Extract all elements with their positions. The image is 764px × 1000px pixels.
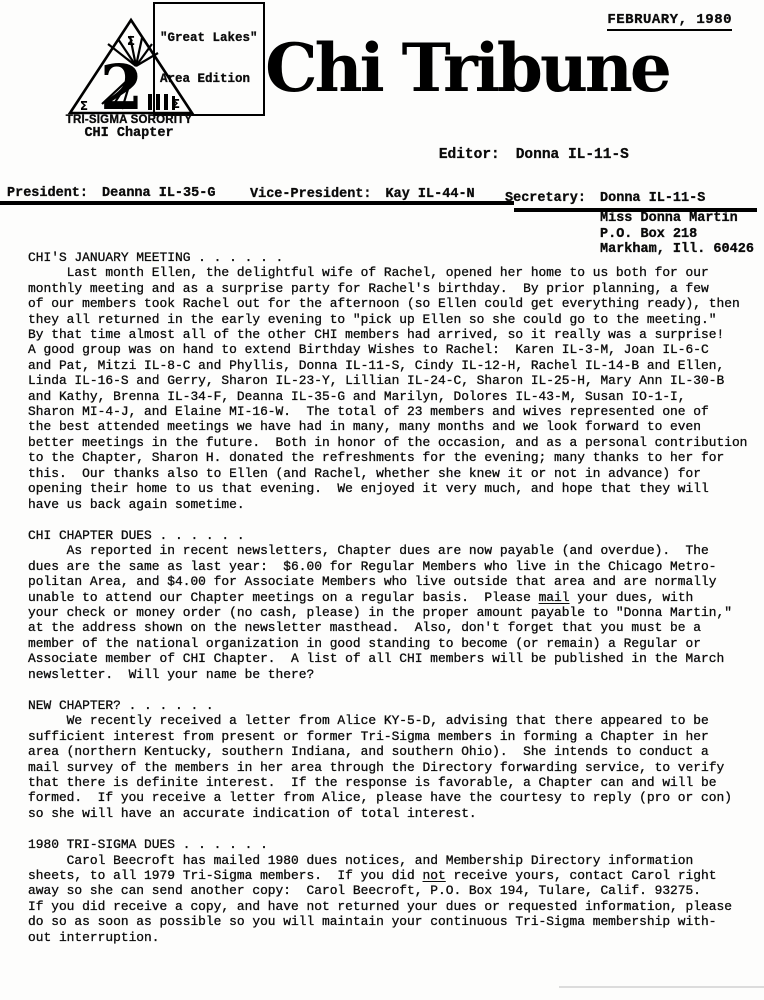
body-line: they all returned in the early evening t… <box>28 312 758 327</box>
body-line: your check or money order (no cash, plea… <box>28 605 758 620</box>
body-line: of our members took Rachel out for the a… <box>28 296 758 311</box>
section-chis-january-meeting: CHI'S JANUARY MEETING . . . . . . Last m… <box>28 250 758 512</box>
section-chi-chapter-dues: CHI CHAPTER DUES . . . . . . As reported… <box>28 528 758 682</box>
newsletter-page: "Great Lakes" Area Edition Σ Σ Σ <box>0 0 764 1000</box>
body-line: A good group was on hand to extend Birth… <box>28 342 758 357</box>
editor-name: Donna IL-11-S <box>516 147 629 163</box>
body-line: Sharon MI-4-J, and Elaine MI-16-W. The t… <box>28 404 758 419</box>
officer-name: Deanna IL-35-G <box>102 186 215 201</box>
body-line: Carol Beecroft has mailed 1980 dues noti… <box>28 853 758 868</box>
body-line: dues are the same as last year: $6.00 fo… <box>28 559 758 574</box>
sigma-left-icon: Σ <box>80 99 88 113</box>
body-line: to the Chapter, Sharon H. donated the re… <box>28 450 758 465</box>
body-line: the best attended meetings we have had i… <box>28 419 758 434</box>
body-line: Associate member of CHI Chapter. A list … <box>28 651 758 666</box>
officer-label: Vice-President: <box>250 187 386 202</box>
scan-artifact <box>559 986 764 988</box>
body-line: do so as soon as possible so you will ma… <box>28 914 758 929</box>
body-line: Last month Ellen, the delightful wife of… <box>28 265 758 280</box>
section-1980-tri-sigma-dues: 1980 TRI-SIGMA DUES . . . . . . Carol Be… <box>28 837 758 945</box>
body-line: have us back again sometime. <box>28 497 758 512</box>
officer-label: President: <box>7 186 102 201</box>
body-line: monthly meeting and as a surprise party … <box>28 281 758 296</box>
editor-line: Editor:Donna IL-11-S <box>404 131 629 179</box>
body-line: formed. If you receive a letter from Ali… <box>28 790 758 805</box>
body-line: politan Area, and $4.00 for Associate Me… <box>28 574 758 589</box>
section-heading: 1980 TRI-SIGMA DUES . . . . . . <box>28 837 758 852</box>
officer-vice-president: Vice-President:Kay IL-44-N <box>250 187 475 202</box>
address-line: P.O. Box 218 <box>600 227 754 243</box>
numeral-2-icon: 2 <box>100 51 143 116</box>
section-heading: CHI'S JANUARY MEETING . . . . . . <box>28 250 758 265</box>
body-line: newsletter. Will your name be there? <box>28 667 758 682</box>
officer-label: Secretary: <box>505 191 600 206</box>
officer-name: Kay IL-44-N <box>386 187 475 202</box>
logo-org-name: TRI-SIGMA SORORITY <box>58 114 200 126</box>
body-line: By that time almost all of the other CHI… <box>28 327 758 342</box>
section-heading: CHI CHAPTER DUES . . . . . . <box>28 528 758 543</box>
masthead-rule-left <box>0 201 514 205</box>
body-line: member of the national organization in g… <box>28 636 758 651</box>
body-line: As reported in recent newsletters, Chapt… <box>28 543 758 558</box>
body-line: so she will have an accurate indication … <box>28 806 758 821</box>
body-line: and Pat, Mitzi IL-8-C and Phyllis, Donna… <box>28 358 758 373</box>
logo-chapter-name: CHI Chapter <box>58 126 200 141</box>
body-line: out interruption. <box>28 930 758 945</box>
newsletter-body: CHI'S JANUARY MEETING . . . . . . Last m… <box>28 250 758 961</box>
body-line: If you did receive a copy, and have not … <box>28 899 758 914</box>
body-line: sufficient interest from present or form… <box>28 729 758 744</box>
editor-label: Editor: <box>439 147 516 163</box>
address-line: Miss Donna Martin <box>600 211 754 227</box>
body-line: at the address shown on the newsletter m… <box>28 620 758 635</box>
section-new-chapter: NEW CHAPTER? . . . . . . We recently rec… <box>28 698 758 821</box>
body-line: We recently received a letter from Alice… <box>28 713 758 728</box>
triangle-logo-icon: Σ Σ Σ 2 <box>60 16 198 116</box>
body-line: away so she can send another copy: Carol… <box>28 883 758 898</box>
body-line: this. Our thanks also to Ellen (and Rach… <box>28 466 758 481</box>
body-line: Linda IL-16-S and Gerry, Sharon IL-23-Y,… <box>28 373 758 388</box>
section-heading: NEW CHAPTER? . . . . . . <box>28 698 758 713</box>
officer-president: President:Deanna IL-35-G <box>7 186 215 201</box>
body-line: unable to attend our Chapter meetings on… <box>28 590 758 605</box>
newsletter-title: Chi Tribune <box>232 18 702 118</box>
officer-name: Donna IL-11-S <box>600 191 705 206</box>
body-line: that there is definite interest. If the … <box>28 775 758 790</box>
body-line: mail survey of the members in her area t… <box>28 760 758 775</box>
body-line: area (northern Kentucky, southern Indian… <box>28 744 758 759</box>
body-line: sheets, to all 1979 Tri-Sigma members. I… <box>28 868 758 883</box>
sorority-logo: Σ Σ Σ 2 TRI-SIGMA SORORITY <box>58 16 200 141</box>
body-line: better meetings in the future. Both in h… <box>28 435 758 450</box>
officer-secretary: Secretary:Donna IL-11-S <box>505 191 705 206</box>
body-line: opening their home to us that evening. W… <box>28 481 758 496</box>
body-line: and Kathy, Brenna IL-34-F, Deanna IL-35-… <box>28 389 758 404</box>
